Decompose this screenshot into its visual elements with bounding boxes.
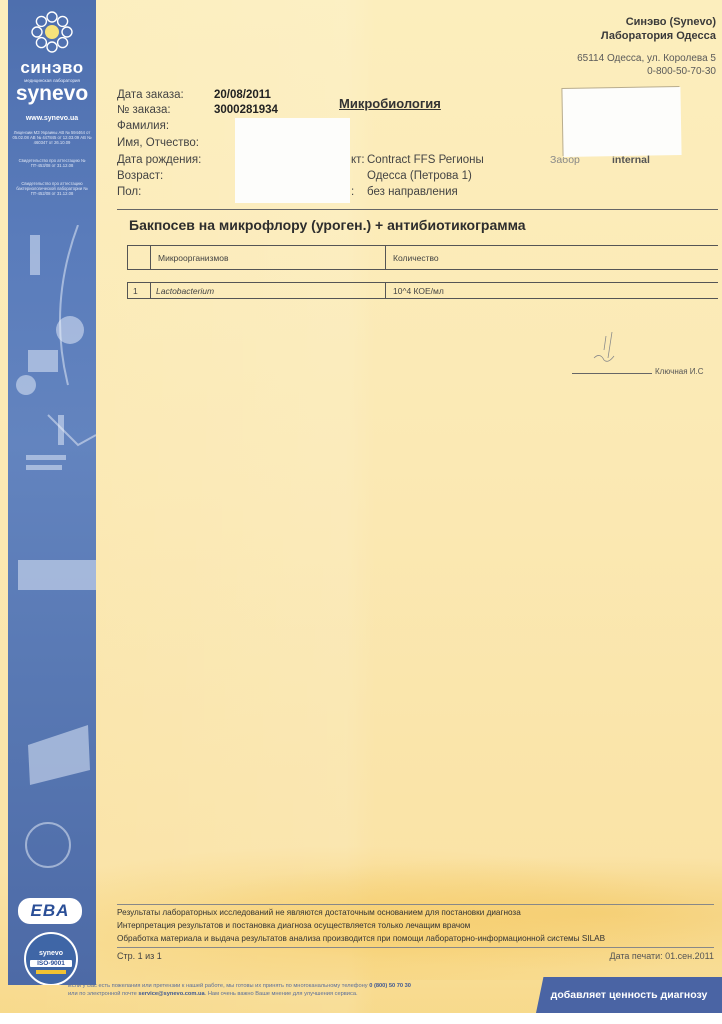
sidebar-brand-panel: синэво медицинская лаборатория synevo ww…	[8, 0, 96, 985]
license-text: Лицензии МЗ Украины АВ № 594464 от 05.02…	[12, 130, 92, 146]
signature-scribble-icon	[588, 330, 628, 370]
lab-name: Лаборатория Одесса	[601, 30, 716, 42]
contact-info: Если у Вас есть пожелания или претензии …	[68, 982, 411, 998]
eba-badge: EBA	[18, 898, 82, 924]
redacted-barcode-sticker	[562, 87, 681, 157]
website-link[interactable]: www.synevo.ua	[8, 115, 96, 122]
branch-value: Одесса (Петрова 1)	[367, 170, 472, 182]
page-number: Стр. 1 из 1	[117, 951, 162, 961]
iso-9001-badge: synevo ISO-9001	[24, 932, 78, 985]
doctor-name: Ключная И.С	[655, 367, 704, 376]
slogan-banner: добавляет ценность диагнозу	[536, 977, 722, 1013]
department-title: Микробиология	[339, 96, 441, 111]
sex-label: Пол:	[117, 186, 141, 198]
section-divider	[117, 209, 718, 210]
quantity-cell: 10^4 КОЕ/мл	[393, 286, 444, 296]
header-cell-organism: Микроорганизмов	[150, 246, 386, 269]
brand-name-en: synevo	[8, 82, 96, 106]
contact-email[interactable]: service@synevo.com.ua	[138, 991, 204, 997]
signature-line	[572, 373, 652, 374]
certificate-bacteriology-text: Свидетельство про аттестацию бактериолог…	[12, 181, 92, 197]
header-cell-quantity: Количество	[393, 253, 439, 263]
referral-value: без направления	[367, 186, 458, 198]
results-table-header: Микроорганизмов Количество	[127, 245, 718, 270]
contact-phone[interactable]: 0 (800) 50 70 30	[369, 983, 411, 989]
synevo-flower-logo-icon	[30, 10, 74, 54]
iso-badge-brand: synevo	[26, 950, 76, 957]
contract-value: Contract FFS Регионы	[367, 154, 484, 166]
certificate-text: Свидетельство про аттестацию № ПТ-453/08…	[12, 158, 92, 168]
contract-label-fragment: кт:	[351, 154, 365, 166]
laboratory-illustration-icon	[8, 225, 96, 885]
iso-badge-stripe	[36, 970, 66, 974]
test-title: Бакпосев на микрофлору (уроген.) + антиб…	[129, 217, 526, 233]
row-number-cell: 1	[127, 283, 151, 298]
order-date-value: 20/08/2011	[214, 89, 271, 101]
brand-name-ru: синэво	[8, 58, 96, 78]
lab-address: 65114 Одесса, ул. Королева 5	[577, 53, 716, 64]
redacted-patient-info	[235, 118, 350, 203]
order-number-value: 3000281934	[214, 104, 278, 116]
order-number-label: № заказа:	[117, 104, 171, 116]
surname-label: Фамилия:	[117, 120, 169, 132]
footer-divider-top	[117, 904, 714, 905]
scan-margin	[0, 1013, 722, 1024]
referral-label-fragment: :	[351, 186, 354, 198]
footer-divider-bottom	[117, 947, 714, 948]
company-name: Синэво (Synevo)	[626, 16, 716, 28]
age-label: Возраст:	[117, 170, 163, 182]
disclaimer-silab: Обработка материала и выдача результатов…	[117, 934, 605, 943]
disclaimer-diagnosis: Результаты лабораторных исследований не …	[117, 908, 521, 917]
header-cell-number	[127, 246, 151, 269]
disclaimer-interpretation: Интерпретация результатов и постановка д…	[117, 921, 470, 930]
order-date-label: Дата заказа:	[117, 89, 184, 101]
table-row: 1 Lactobacterium 10^4 КОЕ/мл	[127, 282, 718, 299]
lab-phone: 0-800-50-70-30	[647, 66, 716, 77]
print-date: Дата печати: 01.сен.2011	[610, 951, 715, 961]
iso-badge-standard: ISO-9001	[30, 960, 72, 967]
name-label: Имя, Отчество:	[117, 137, 199, 149]
birthdate-label: Дата рождения:	[117, 154, 201, 166]
organism-cell: Lactobacterium	[150, 283, 386, 298]
